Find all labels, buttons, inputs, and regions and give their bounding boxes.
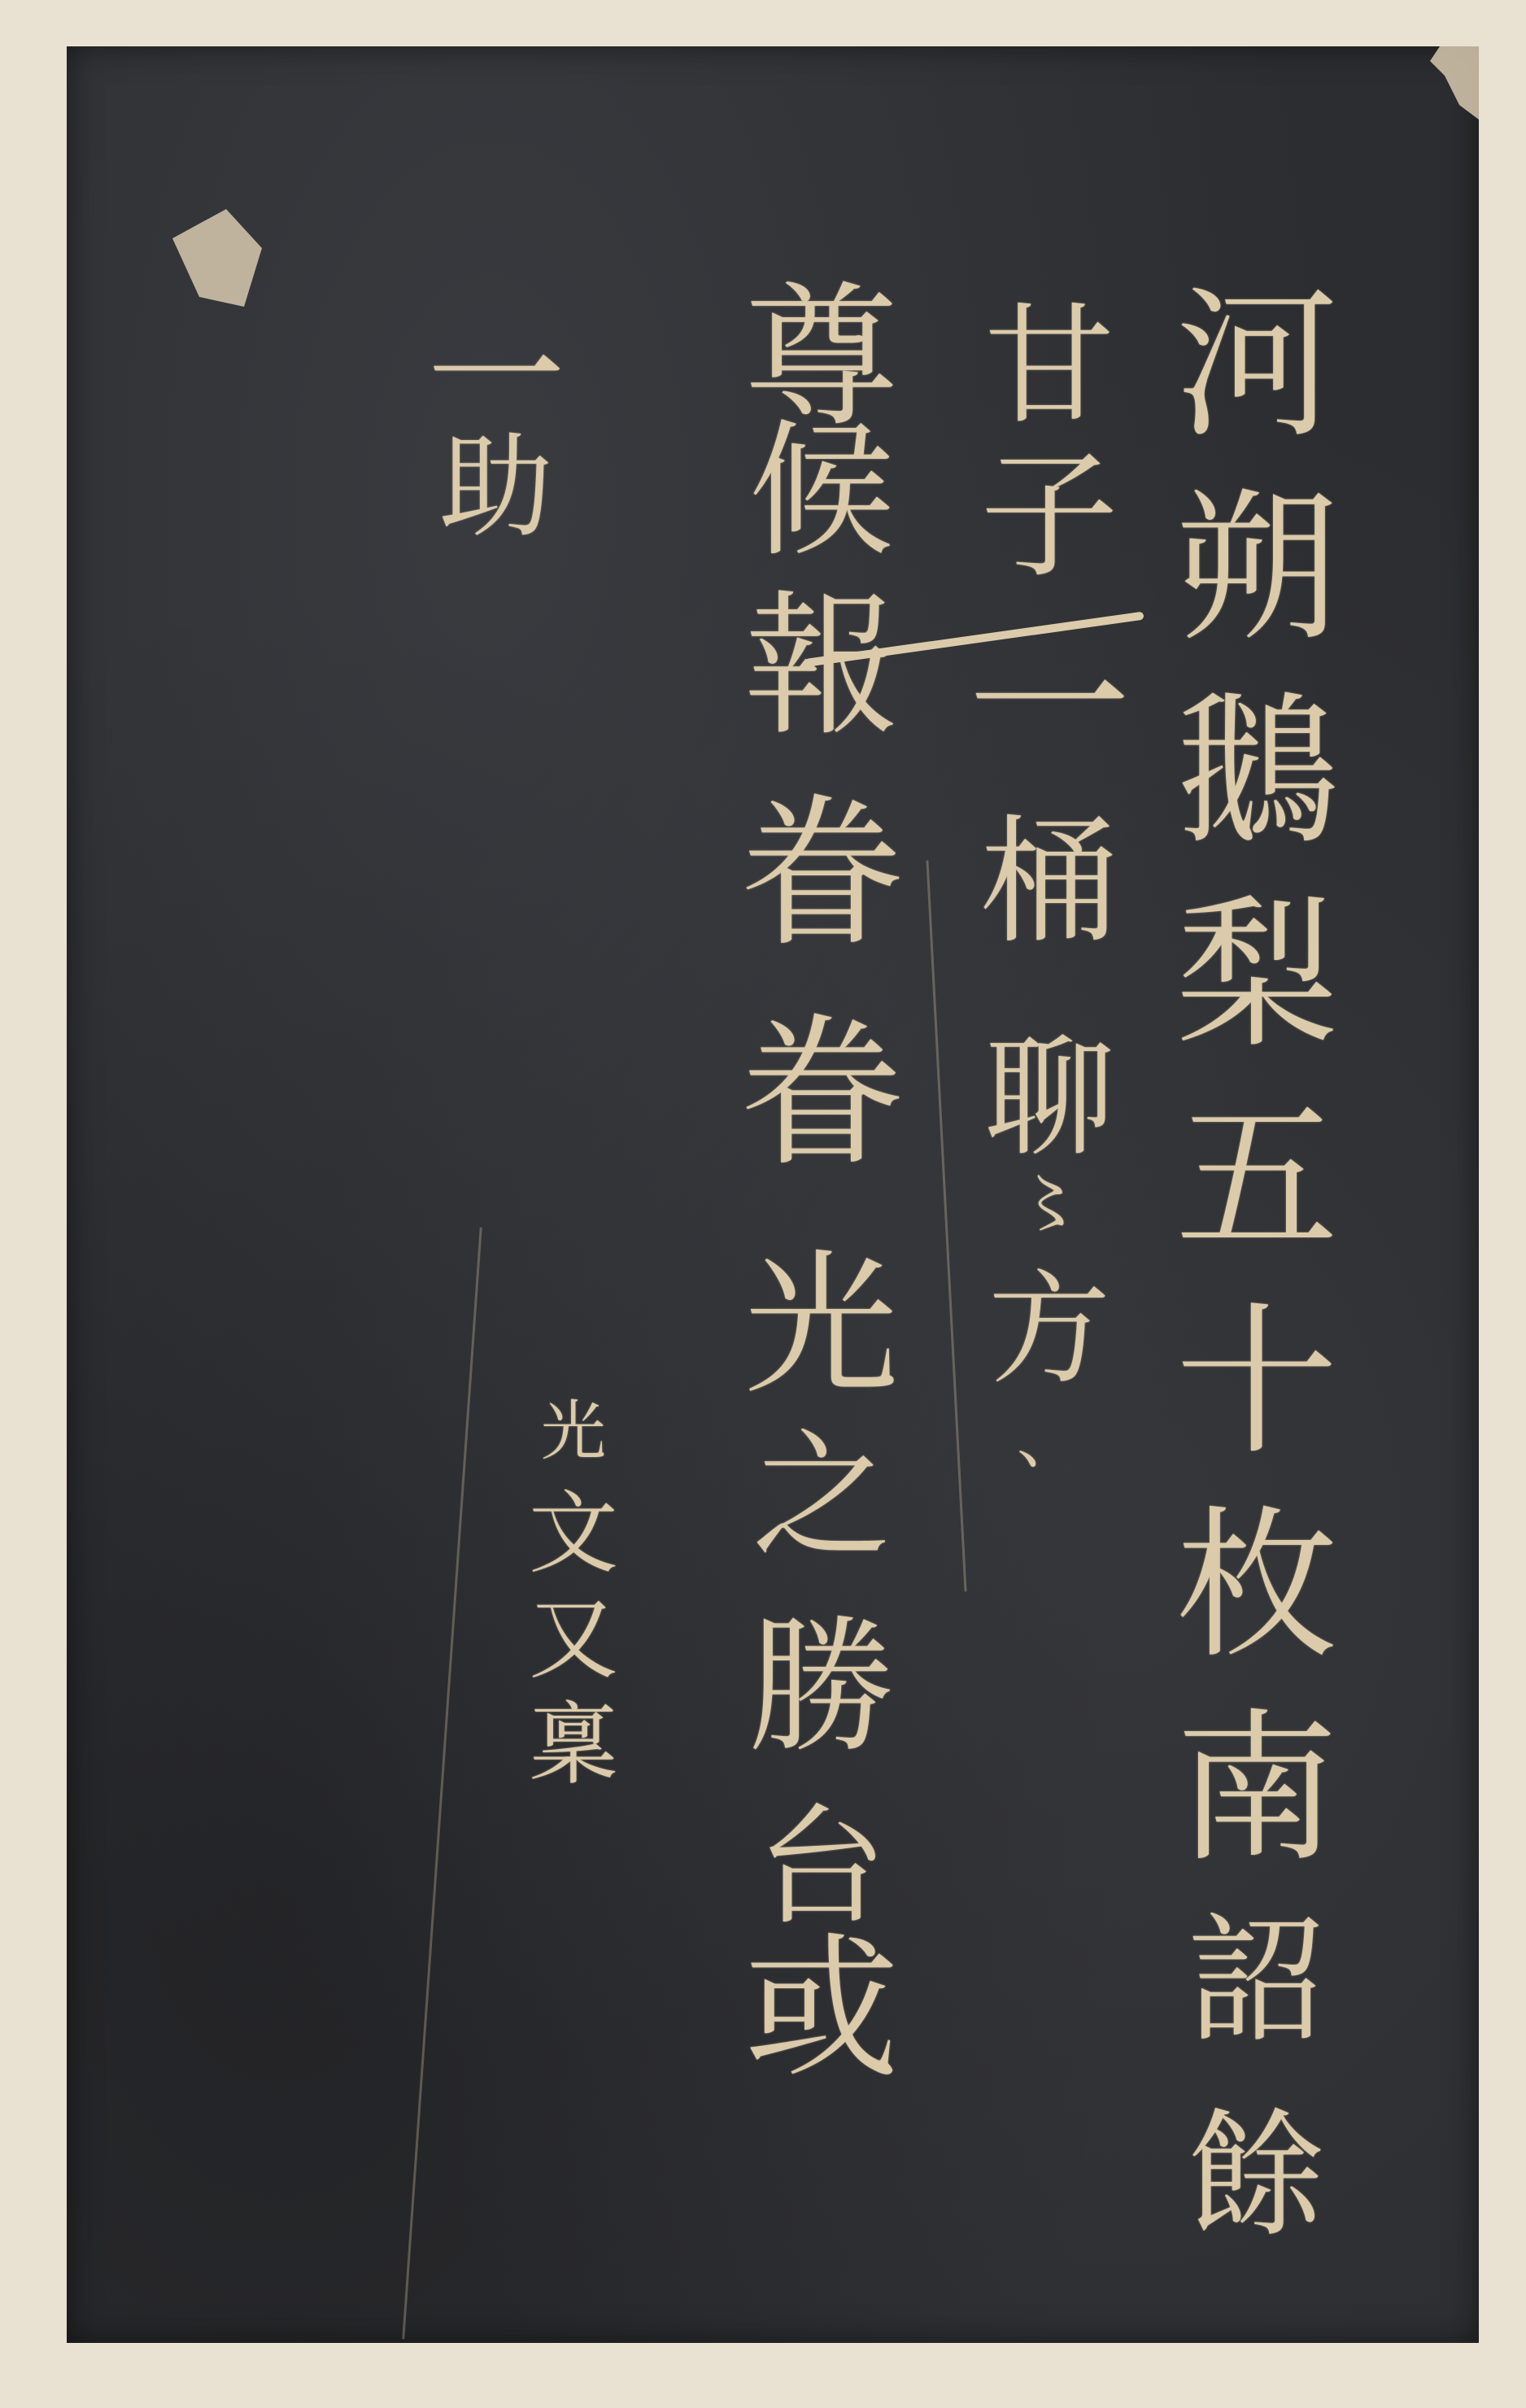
character: 勝	[748, 1615, 895, 1802]
character: 候	[748, 419, 895, 590]
crack-line	[926, 861, 966, 1592]
character: 一	[968, 626, 1131, 814]
torn-area-top-left	[172, 209, 262, 307]
character: 聊	[984, 1033, 1114, 1171]
character: 南	[1175, 1708, 1338, 1912]
character: 鵝	[1175, 691, 1338, 895]
character: 眷	[740, 1013, 903, 1249]
character: 五	[1175, 1098, 1338, 1302]
character: 台	[756, 1802, 887, 1932]
character: 或	[744, 1932, 899, 2111]
character: 方	[988, 1269, 1110, 1407]
character: 枚	[1175, 1505, 1338, 1708]
character: 光	[744, 1249, 899, 1428]
character: 朔	[1175, 488, 1338, 691]
character: 助	[439, 431, 553, 594]
character: 之	[752, 1428, 891, 1615]
signature-character: 稟	[529, 1700, 618, 1806]
character: 子	[980, 447, 1118, 626]
character: 餘	[1188, 2107, 1326, 2302]
character: 詔	[1188, 1912, 1326, 2107]
character: 十	[1175, 1302, 1338, 1505]
text-column-1: 河 朔 鵝 梨 五 十 枚 南 詔 餘	[1175, 285, 1338, 2302]
signature-character: 光	[541, 1399, 606, 1489]
text-column-3: 尊 候 報 眷 眷 光 之 勝 台 或	[732, 281, 911, 2111]
character: 梨	[1175, 895, 1338, 1098]
signature-character: 又	[529, 1594, 618, 1700]
text-column-5: 一 助	[423, 309, 569, 594]
text-column-2: 甘 子 一 桶 聊 〻 方 、	[968, 301, 1131, 1472]
character: 甘	[984, 301, 1114, 447]
character: 河	[1175, 285, 1338, 488]
torn-area-top-right	[1430, 46, 1479, 120]
character: 報	[744, 590, 899, 793]
crack-line	[402, 1228, 482, 2340]
signature-character: 文	[529, 1489, 618, 1594]
character: 尊	[744, 281, 899, 419]
character: 一	[427, 309, 565, 431]
character: 桶	[980, 814, 1118, 1033]
signature-column: 光 文 又 稟	[512, 1399, 634, 1806]
character: 眷	[740, 793, 903, 1013]
repeat-mark: 〻	[1017, 1171, 1082, 1269]
punctuation-mark: 、	[1017, 1407, 1082, 1472]
